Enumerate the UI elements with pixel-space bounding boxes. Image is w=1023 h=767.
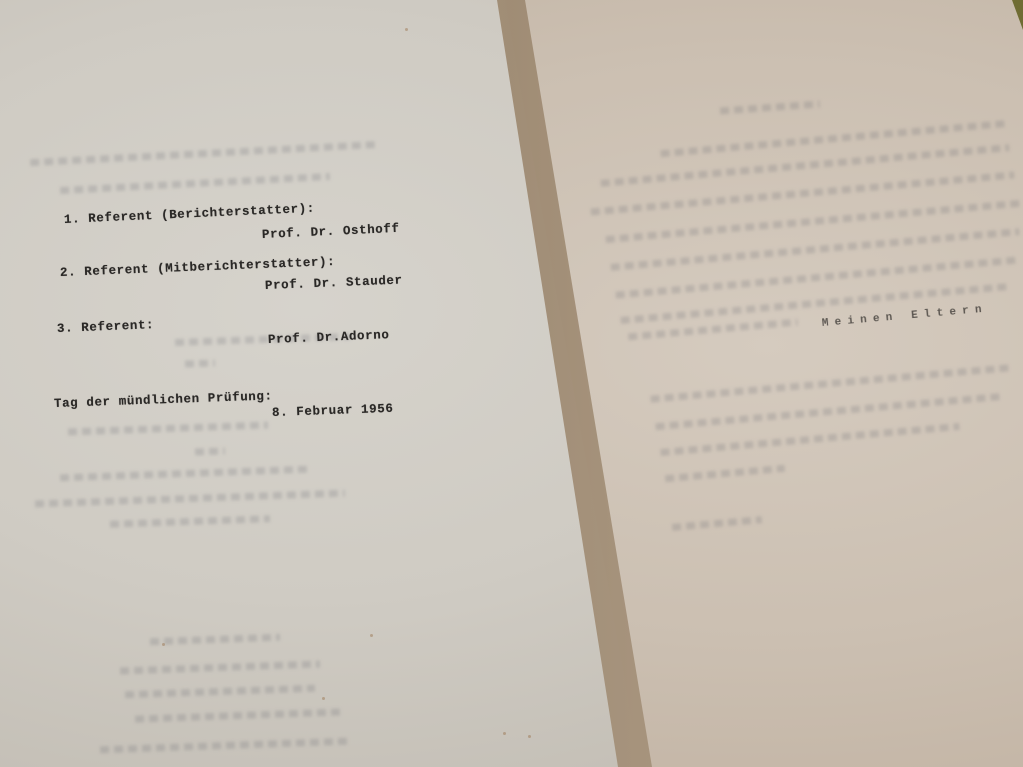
- book-photo: 1. Referent (Berichterstatter): Prof. Dr…: [0, 0, 1023, 767]
- paper-speck: [503, 732, 506, 735]
- paper-speck: [528, 735, 531, 738]
- paper-speck: [370, 634, 373, 637]
- paper-speck: [405, 28, 408, 31]
- paper-speck: [162, 643, 165, 646]
- paper-speck: [322, 697, 325, 700]
